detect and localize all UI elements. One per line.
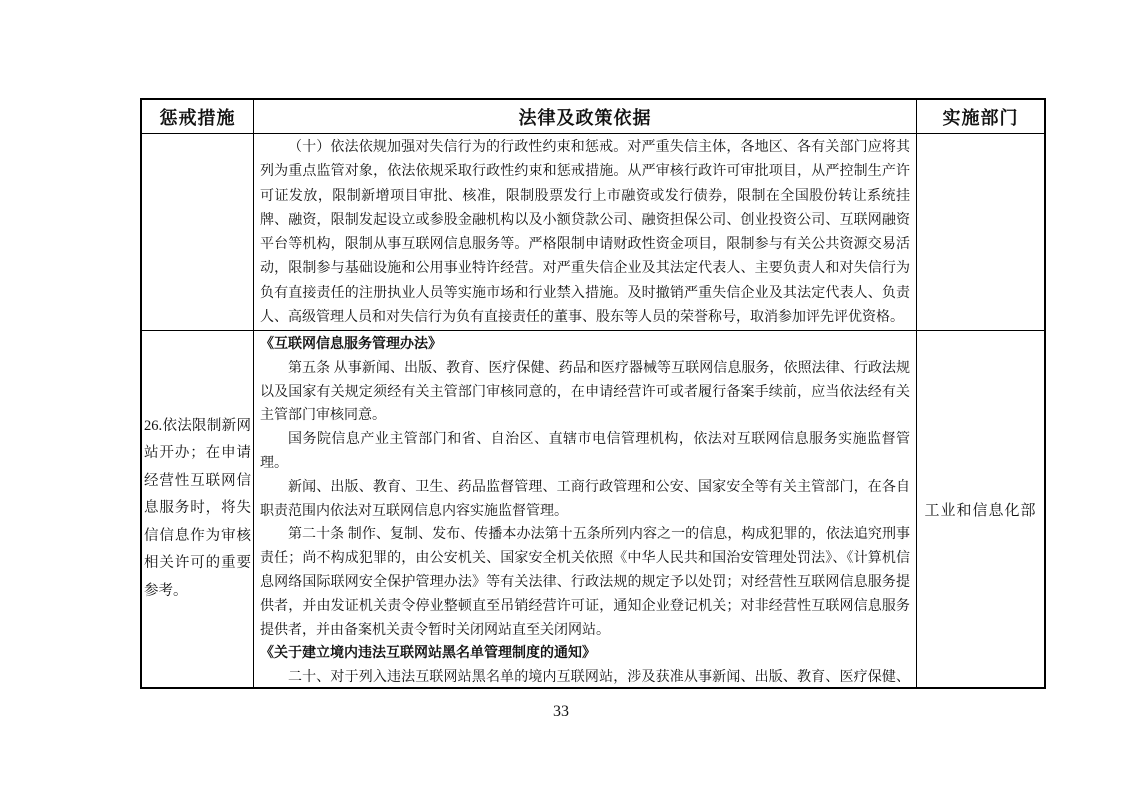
header-label-legal-basis: 法律及政策依据 [519, 104, 652, 130]
paragraph: 二十、对于列入违法互联网站黑名单的境内互联网站，涉及获准从事新闻、出版、教育、医… [260, 666, 910, 687]
paragraph: 《互联网信息服务管理办法》 [260, 333, 910, 357]
paragraph: 第二十条 制作、复制、发布、传播本办法第十五条所列内容之一的信息，构成犯罪的，依… [260, 523, 910, 642]
row2-measure-cell: 26.依法限制新网站开办；在申请经营性互联网信息服务时，将失信信息作为审核相关许… [142, 331, 254, 687]
paragraph: 新闻、出版、教育、卫生、药品监督管理、工商行政管理和公安、国家安全等有关主管部门… [260, 476, 910, 524]
paragraph: 第五条 从事新闻、出版、教育、医疗保健、药品和医疗器械等互联网信息服务，依照法律… [260, 357, 910, 428]
row1-measure-cell [142, 134, 254, 331]
header-label-department: 实施部门 [943, 104, 1019, 130]
header-cell-legal-basis: 法律及政策依据 [254, 100, 917, 134]
paragraph: （十）依法依规加强对失信行为的行政性约束和惩戒。对严重失信主体，各地区、各有关部… [260, 136, 910, 330]
row2-department-text: 工业和信息化部 [924, 499, 1036, 520]
row2-legal-basis-cell: 《互联网信息服务管理办法》第五条 从事新闻、出版、教育、医疗保健、药品和医疗器械… [254, 331, 917, 687]
row2-department-cell: 工业和信息化部 [917, 331, 1044, 687]
paragraph: 《关于建立境内违法互联网站黑名单管理制度的通知》 [260, 642, 910, 666]
paragraph: 国务院信息产业主管部门和省、自治区、直辖市电信管理机构，依法对互联网信息服务实施… [260, 428, 910, 476]
document-page: 惩戒措施 法律及政策依据 实施部门 （十）依法依规加强对失信行为的行政性约束和惩… [0, 0, 1122, 793]
header-cell-measures: 惩戒措施 [142, 100, 254, 134]
disciplinary-measures-table: 惩戒措施 法律及政策依据 实施部门 （十）依法依规加强对失信行为的行政性约束和惩… [140, 98, 1046, 689]
header-label-measures: 惩戒措施 [160, 104, 236, 130]
page-number: 33 [553, 703, 569, 721]
row2-measure-text: 26.依法限制新网站开办；在申请经营性互联网信息服务时，将失信信息作为审核相关许… [144, 413, 251, 606]
header-cell-department: 实施部门 [917, 100, 1044, 134]
row1-legal-basis-cell: （十）依法依规加强对失信行为的行政性约束和惩戒。对严重失信主体，各地区、各有关部… [254, 134, 917, 331]
row1-department-cell [917, 134, 1044, 331]
